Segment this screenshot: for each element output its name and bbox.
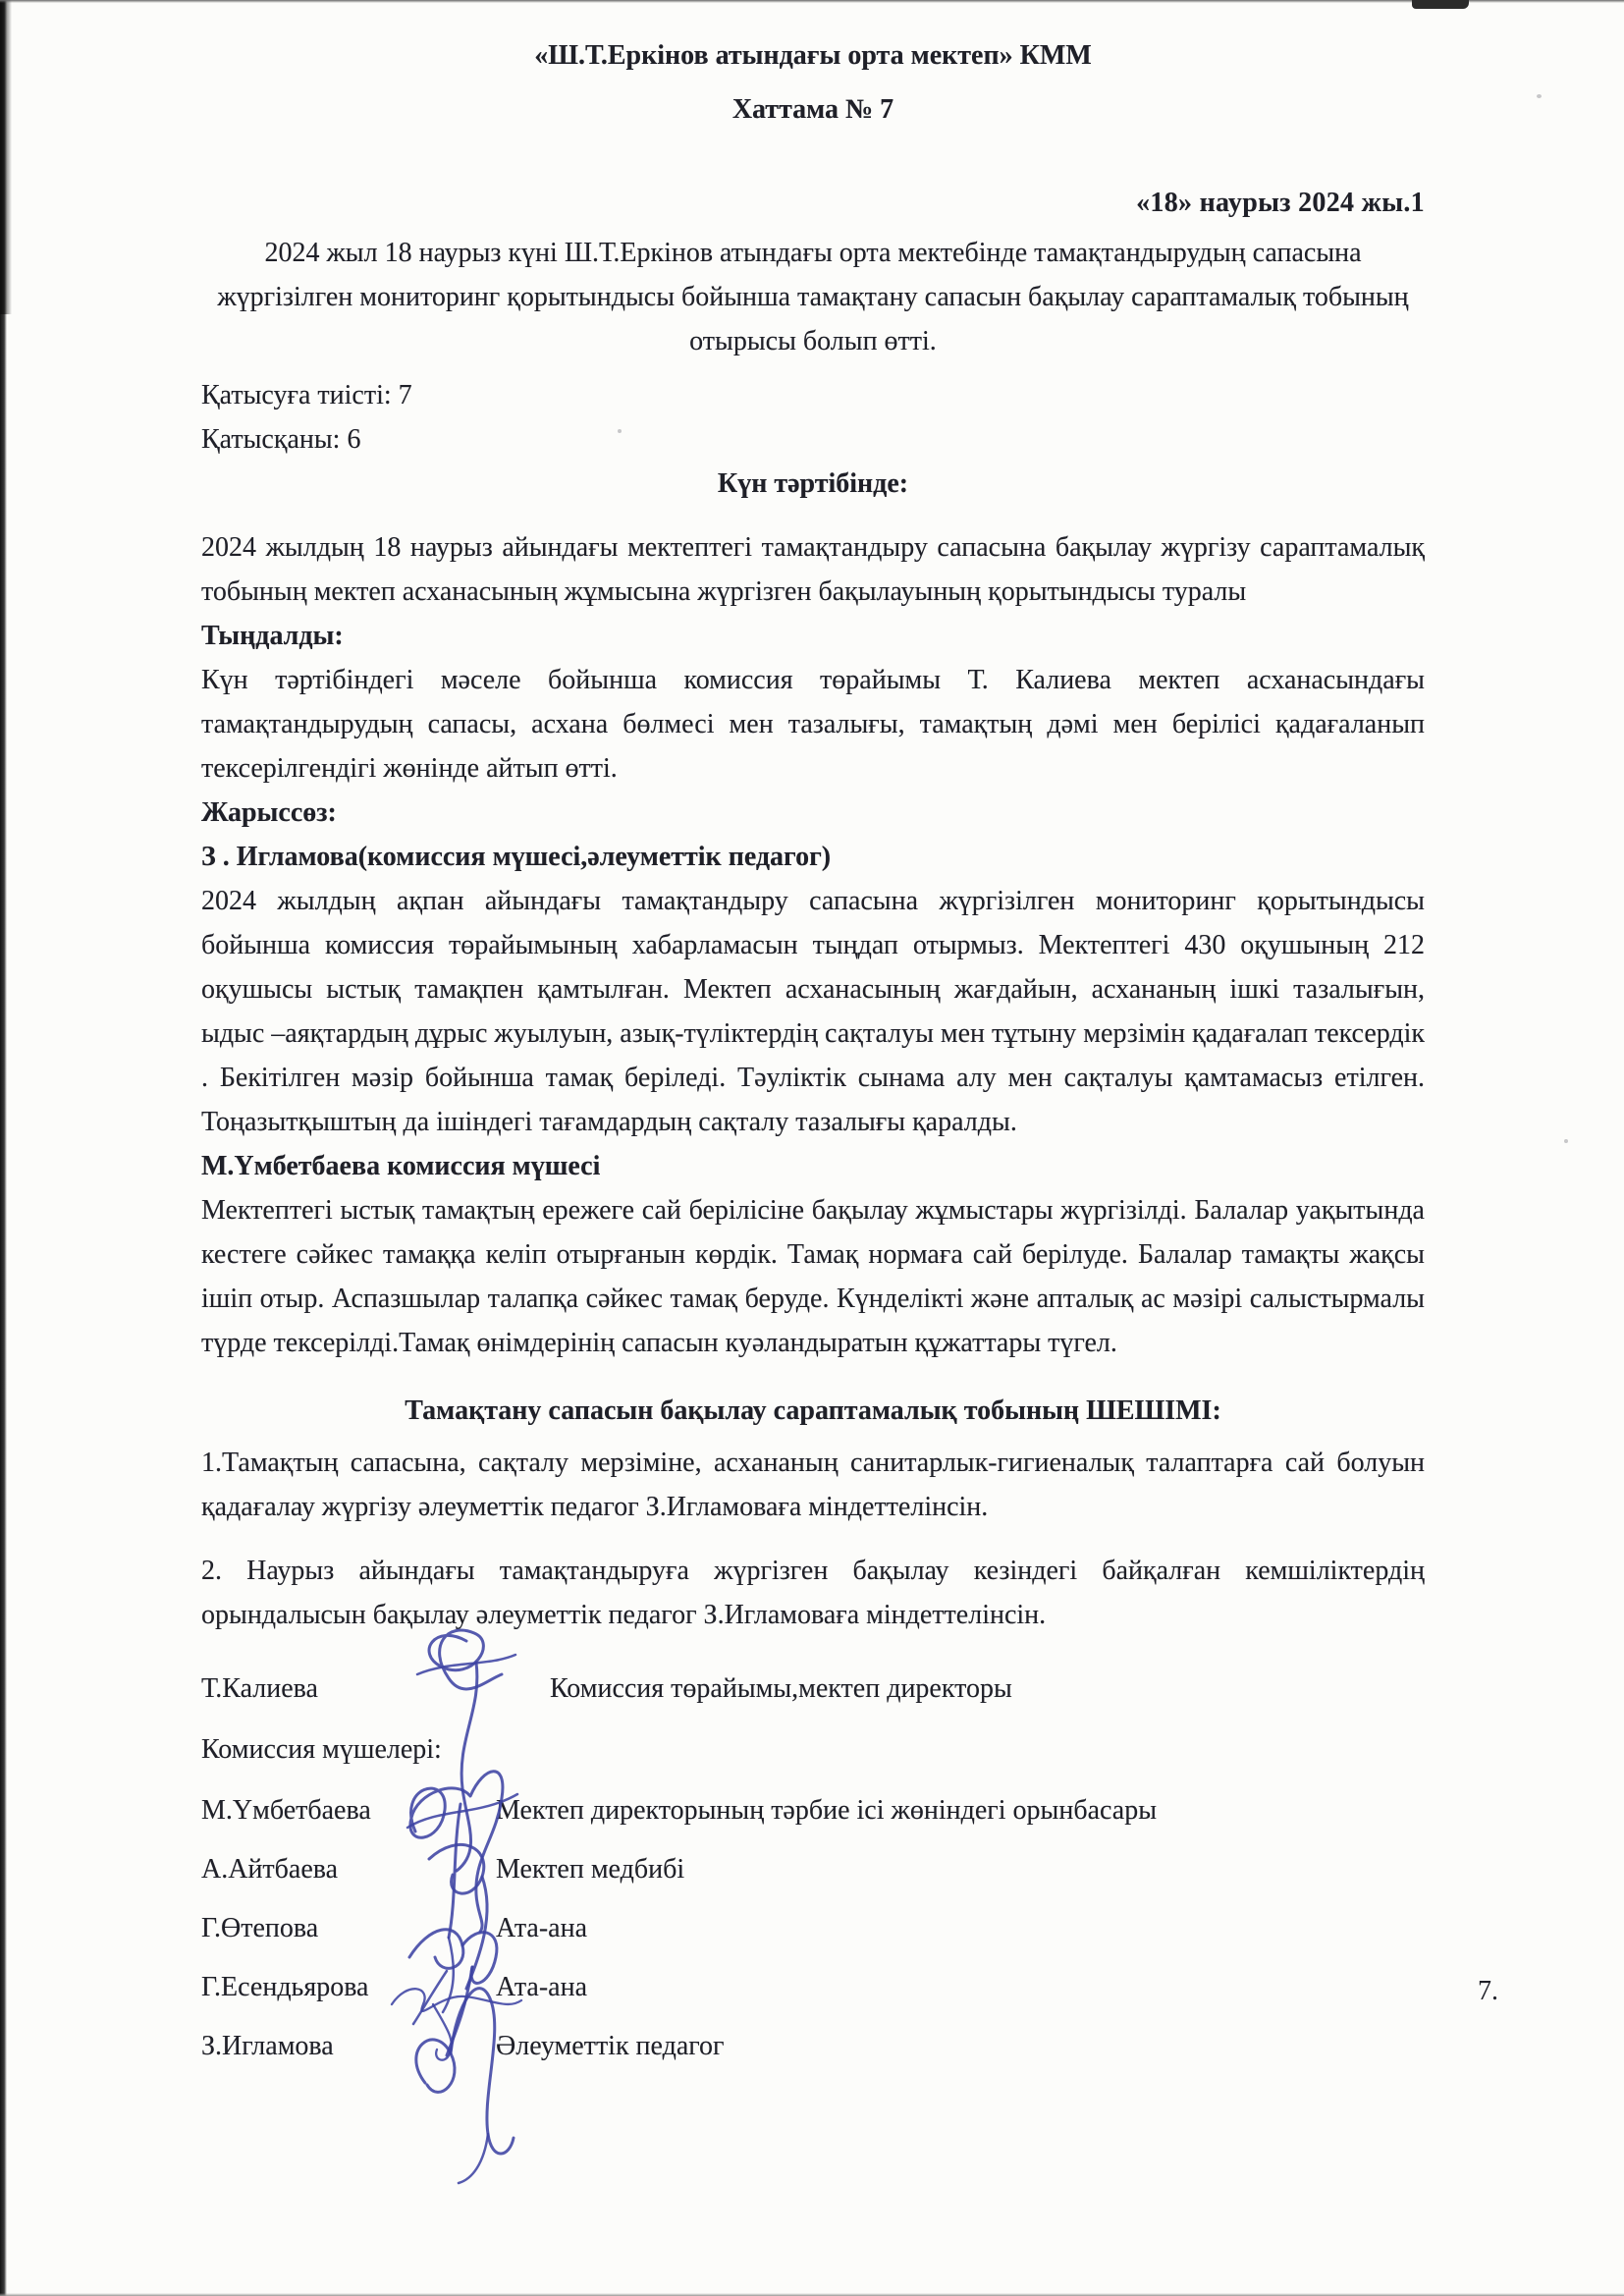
decision-item-1: 1.Тамақтың сапасына, сақталу мерзіміне, …	[201, 1441, 1425, 1529]
member-name: А.Айтбаева	[201, 1847, 417, 1891]
heard-heading: Тыңдалды:	[201, 614, 1425, 658]
member-name: З.Игламова	[201, 2024, 417, 2068]
document-content: «Ш.Т.Еркінов атындағы орта мектеп» КММ Х…	[201, 0, 1425, 2083]
decision-heading: Тамақтану сапасын бақылау сараптамалық т…	[201, 1389, 1425, 1433]
protocol-title: Хаттама № 7	[201, 87, 1425, 132]
page-number: 7.	[1478, 1976, 1498, 2007]
member-name: М.Үмбетбаева	[201, 1788, 417, 1832]
date-line: «18» наурыз 2024 жы.1	[201, 181, 1425, 225]
signature-row-member: М.Үмбетбаева Мектеп директорының тәрбие …	[201, 1788, 1425, 1847]
scanned-protocol-page: «Ш.Т.Еркінов атындағы орта мектеп» КММ Х…	[0, 0, 1624, 2296]
heard-text: Күн тәртібіндегі мәселе бойынша комиссия…	[201, 658, 1425, 791]
signature-block: Т.Калиева Комиссия төрайымы,мектеп дирек…	[201, 1667, 1425, 2083]
scan-speck	[1564, 1139, 1568, 1143]
member-role: Ата-ана	[496, 1965, 1425, 2009]
attendance-attended: Қатысқаны: 6	[201, 417, 1425, 462]
member-role: Әлеуметтік педагог	[496, 2024, 1425, 2068]
agenda-text: 2024 жылдың 18 наурыз айындағы мектептег…	[201, 525, 1425, 614]
intro-paragraph: 2024 жыл 18 наурыз күні Ш.Т.Еркінов атын…	[201, 231, 1425, 363]
debate-heading: Жарыссөз:	[201, 791, 1425, 835]
chair-role: Комиссия төрайымы,мектеп директоры	[496, 1667, 1425, 1711]
speaker-2-name: М.Үмбетбаева комиссия мүшесі	[201, 1144, 1425, 1188]
decision-item-2: 2. Наурыз айындағы тамақтандыруға жүргіз…	[201, 1549, 1425, 1637]
scan-speck	[1537, 94, 1542, 98]
signature-row-members-label: Комиссия мүшелері:	[201, 1727, 1425, 1788]
speaker-1-name: З . Игламова(комиссия мүшесі,әлеуметтік …	[201, 835, 1425, 879]
member-role: Мектеп директорының тәрбие ісі жөніндегі…	[496, 1788, 1425, 1832]
agenda-heading: Күн тәртібінде:	[201, 462, 1425, 506]
signature-row-member: З.Игламова Әлеуметтік педагог	[201, 2024, 1425, 2083]
member-role: Мектеп медбибі	[496, 1847, 1425, 1891]
speaker-2-text: Мектептегі ыстық тамақтың ережеге сай бе…	[201, 1188, 1425, 1365]
signature-row-member: Г.Есендьярова Ата-ана	[201, 1965, 1425, 2024]
signature-row-member: А.Айтбаева Мектеп медбибі	[201, 1847, 1425, 1906]
member-role: Ата-ана	[496, 1906, 1425, 1950]
org-name: «Ш.Т.Еркінов атындағы орта мектеп» КММ	[201, 33, 1425, 78]
attendance-required: Қатысуға тиісті: 7	[201, 373, 1425, 417]
scan-artifact-left-top-edge	[0, 0, 12, 314]
chair-name: Т.Калиева	[201, 1667, 417, 1711]
speaker-1-text: 2024 жылдың ақпан айындағы тамақтандыру …	[201, 879, 1425, 1144]
scan-artifact-left-edge	[0, 0, 7, 2296]
signature-row-chair: Т.Калиева Комиссия төрайымы,мектеп дирек…	[201, 1667, 1425, 1727]
